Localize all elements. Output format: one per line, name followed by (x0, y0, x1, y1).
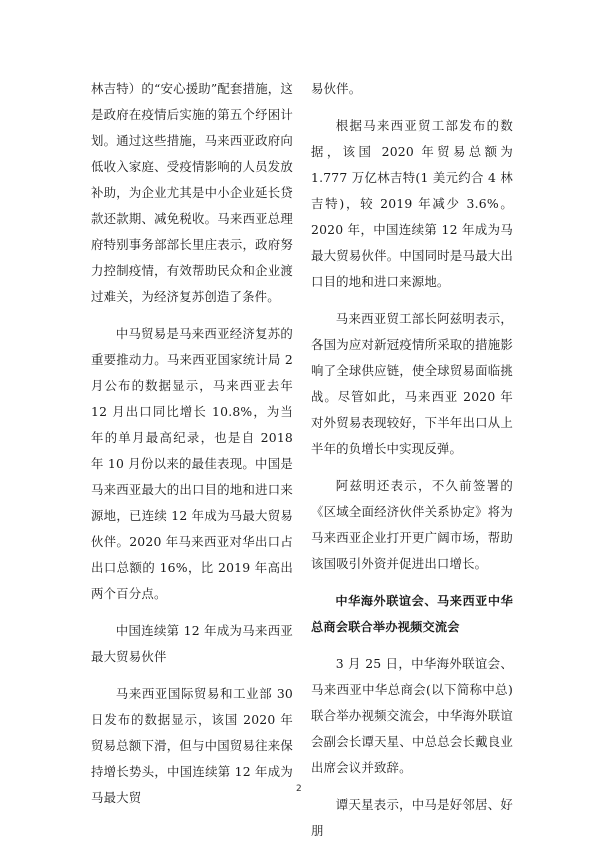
paragraph-miti-data: 马来西亚国际贸易和工业部 30 日发布的数据显示，该国 2020 年贸易总额下滑… (91, 681, 293, 811)
section-heading-video-exchange: 中华海外联谊会、马来西亚中华总商会联合举办视频交流会 (311, 588, 513, 640)
document-page: 林吉特）的“安心援助”配套措施，这是政府在疫情后实施的第五个纾困计划。通过这些措… (0, 0, 600, 848)
paragraph-video-exchange: 3 月 25 日，中华海外联谊会、马来西亚中华总商会(以下简称中总)联合举办视频… (311, 651, 513, 781)
paragraph-tan-tianxing: 谭天星表示，中马是好邻居、好朋 (311, 792, 513, 844)
paragraph-rcep: 阿兹明还表示，不久前签署的《区域全面经济伙伴关系协定》将为马来西亚企业打开更广阔… (311, 473, 513, 577)
paragraph-continuation: 易伙伴。 (311, 76, 513, 102)
paragraph-china-malaysia-trade: 中马贸易是马来西亚经济复苏的重要推动力。马来西亚国家统计局 2 月公布的数据显示… (91, 321, 293, 607)
paragraph-relief-measures: 林吉特）的“安心援助”配套措施，这是政府在疫情后实施的第五个纾困计划。通过这些措… (91, 76, 293, 310)
right-column: 易伙伴。 根据马来西亚贸工部发布的数据，该国 2020 年贸易总额为 1.777… (311, 76, 513, 848)
page-number: 2 (296, 784, 302, 794)
paragraph-azmin-statement: 马来西亚贸工部长阿兹明表示，各国为应对新冠疫情所采取的措施影响了全球供应链，使全… (311, 306, 513, 462)
subheading-largest-trade-partner: 中国连续第 12 年成为马来西亚最大贸易伙伴 (91, 618, 293, 670)
left-column: 林吉特）的“安心援助”配套措施，这是政府在疫情后实施的第五个纾困计划。通过这些措… (91, 76, 293, 822)
paragraph-trade-total: 根据马来西亚贸工部发布的数据，该国 2020 年贸易总额为 1.777 万亿林吉… (311, 113, 513, 295)
